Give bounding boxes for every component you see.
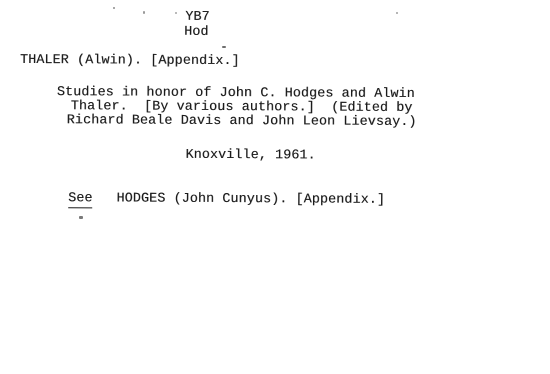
call-number-line-1: YB7 (185, 10, 210, 25)
scan-speck (396, 12, 398, 14)
note-line: Richard Beale Davis and John Leon Lievsa… (67, 113, 417, 130)
scan-speck (222, 46, 226, 48)
heading-entry: THALER (Alwin). [Appendix.] (20, 53, 240, 69)
see-label: See (68, 191, 93, 208)
call-number-line-2: Hod (184, 25, 209, 40)
scan-speck (113, 7, 115, 9)
cross-reference-line: SeeHODGES (John Cunyus). [Appendix.] (19, 176, 385, 224)
imprint-line: Knoxville, 1961. (185, 148, 315, 164)
scan-speck (143, 11, 145, 14)
scanned-text-block: YB7 Hod THALER (Alwin). [Appendix.] Stud… (0, 0, 550, 374)
scan-speck (79, 216, 83, 219)
catalog-card: YB7 Hod THALER (Alwin). [Appendix.] Stud… (0, 0, 550, 374)
scan-speck (175, 12, 177, 14)
see-reference-target: HODGES (John Cunyus). [Appendix.] (116, 191, 385, 207)
